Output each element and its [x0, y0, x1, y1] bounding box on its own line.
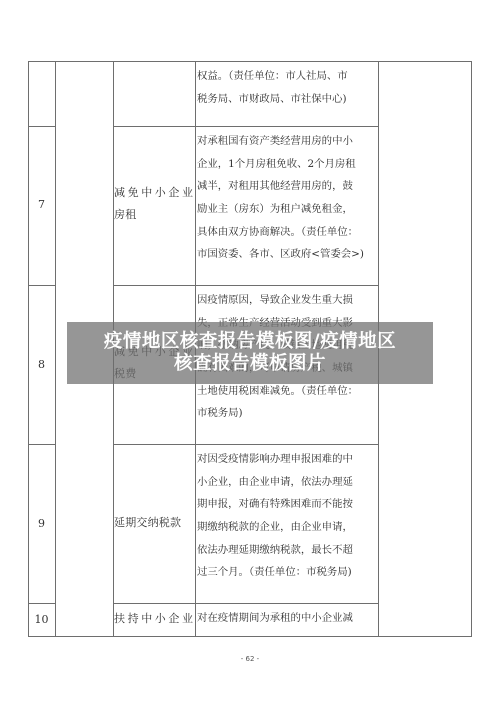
- policy-item-line: 扶持中小企业: [114, 608, 196, 630]
- row-divider: [113, 285, 379, 286]
- table-border-bottom: [28, 636, 472, 637]
- description-line: 过三个月。（责任单位：市税务局): [197, 561, 378, 584]
- row-divider: [28, 285, 56, 286]
- row-divider: [113, 603, 379, 604]
- row-divider: [113, 126, 379, 127]
- page-number: - 62 -: [0, 655, 500, 663]
- row-number: 8: [28, 358, 55, 371]
- policy-item-line: 延期交纳税款: [114, 512, 196, 534]
- policy-item: 扶持中小企业: [114, 608, 196, 630]
- description-line: 对承租国有资产类经营用房的中小: [197, 130, 378, 153]
- description-line: 对因受疫情影响办理申报困难的中: [197, 448, 378, 471]
- table-column-divider: [55, 61, 56, 637]
- policy-item: 减免中小企业 房租: [114, 182, 196, 226]
- row-number: 7: [28, 198, 55, 211]
- row-number: 10: [28, 613, 55, 626]
- row-divider: [28, 126, 56, 127]
- policy-item: 延期交纳税款: [114, 512, 196, 534]
- description-line: 市税务局): [197, 402, 378, 425]
- row-number: 9: [28, 517, 55, 530]
- description-line: 小企业，由企业申请，依法办理延: [197, 471, 378, 494]
- table-row-continued-description: 权益。（责任单位：市人社局、市 税务局、市财政局、市社保中心): [197, 65, 378, 110]
- description-line: 市国资委、各市、区政府<管委会>): [197, 243, 378, 266]
- description-line: 减半，对租用其他经营用房的，鼓: [197, 175, 378, 198]
- policy-description: 对因受疫情影响办理申报困难的中 小企业，由企业申请，依法办理延 期申报，对确有特…: [197, 448, 378, 584]
- policy-item-line: 减免中小企业: [114, 182, 196, 204]
- policy-description: 对承租国有资产类经营用房的中小 企业，1个月房租免收、2个月房租 减半，对租用其…: [197, 130, 378, 266]
- watermark-banner: 疫情地区核查报告模板图/疫情地区 核查报告模板图片: [67, 322, 433, 384]
- description-line: 期申报，对确有特殊困难而不能按: [197, 493, 378, 516]
- policy-description: 对在疫情期间为承租的中小企业减: [197, 607, 378, 630]
- row-divider: [28, 603, 56, 604]
- description-line: 因疫情原因，导致企业发生重大损: [197, 289, 378, 312]
- description-line: 具体由双方协商解决。（责任单位：: [197, 221, 378, 244]
- description-line: 依法办理延期缴纳税款，最长不超: [197, 539, 378, 562]
- description-line: 权益。（责任单位：市人社局、市: [197, 65, 378, 88]
- description-line: 对在疫情期间为承租的中小企业减: [197, 607, 378, 630]
- row-divider: [113, 444, 379, 445]
- description-line: 励业主（房东）为租户减免租金，: [197, 198, 378, 221]
- description-line: 税务局、市财政局、市社保中心): [197, 88, 378, 111]
- watermark-line: 核查报告模板图片: [67, 353, 433, 375]
- table-border-left: [28, 61, 29, 637]
- document-page: 权益。（责任单位：市人社局、市 税务局、市财政局、市社保中心) 7 减免中小企业…: [0, 0, 500, 707]
- table-border-top: [28, 61, 472, 62]
- row-divider: [28, 444, 56, 445]
- watermark-line: 疫情地区核查报告模板图/疫情地区: [67, 331, 433, 353]
- table-border-right: [471, 61, 472, 637]
- description-line: 企业，1个月房租免收、2个月房租: [197, 153, 378, 176]
- description-line: 期缴纳税款的企业，由企业申请，: [197, 516, 378, 539]
- policy-item-line: 房租: [114, 204, 196, 226]
